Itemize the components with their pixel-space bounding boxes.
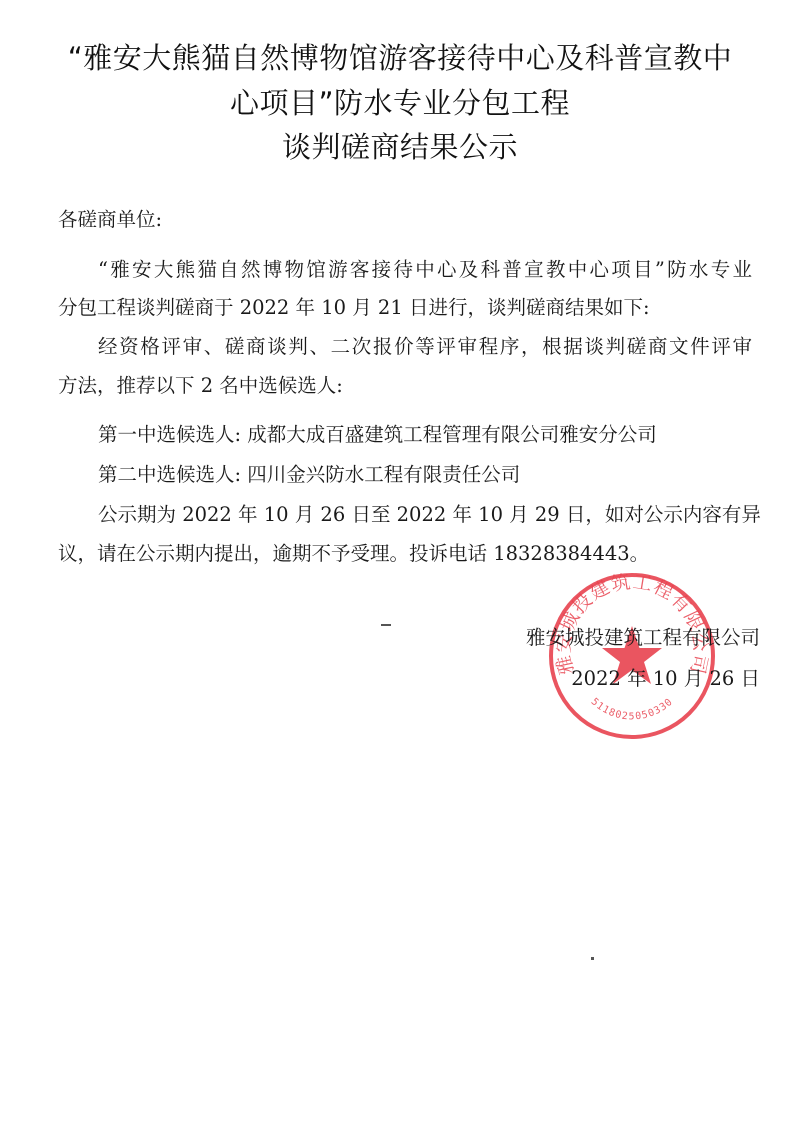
signature-date: 2022 年 10 月 26 日 xyxy=(571,667,760,691)
svg-text:5118025050330: 5118025050330 xyxy=(589,696,676,722)
paragraph-2-line-1: 经资格评审、磋商谈判、二次报价等评审程序，根据谈判磋商文件评审 xyxy=(98,335,752,359)
scan-speck xyxy=(381,624,391,626)
paragraph-1-line-2: 分包工程谈判磋商于 2022 年 10 月 21 日进行，谈判磋商结果如下: xyxy=(58,296,650,320)
seal-icon: 雅安城投建筑工程有限公司 5118025050330 xyxy=(546,570,718,742)
paragraph-3-line-1: 公示期为 2022 年 10 月 26 日至 2022 年 10 月 29 日，… xyxy=(98,503,752,527)
scan-speck xyxy=(591,957,594,960)
title-line-1: “雅安大熊猫自然博物馆游客接待中心及科普宣教中 xyxy=(0,36,800,80)
candidate-1: 第一中选候选人: 成都大成百盛建筑工程管理有限公司雅安分公司 xyxy=(98,423,657,447)
title-line-2: 心项目”防水专业分包工程 xyxy=(0,81,800,125)
paragraph-3-line-2: 议，请在公示期内提出，逾期不予受理。投诉电话 18328384443。 xyxy=(58,542,649,566)
company-seal-stamp: 雅安城投建筑工程有限公司 5118025050330 xyxy=(546,570,718,742)
title-line-3: 谈判磋商结果公示 xyxy=(0,125,800,169)
salutation: 各磋商单位: xyxy=(58,208,162,232)
paragraph-2-line-2: 方法，推荐以下 2 名中选候选人: xyxy=(58,374,343,398)
paragraph-1-line-1: “雅安大熊猫自然博物馆游客接待中心及科普宣教中心项目”防水专业 xyxy=(98,258,752,282)
svg-text:雅安城投建筑工程有限公司: 雅安城投建筑工程有限公司 xyxy=(552,571,711,677)
candidate-2: 第二中选候选人: 四川金兴防水工程有限责任公司 xyxy=(98,463,520,487)
signature-company: 雅安城投建筑工程有限公司 xyxy=(526,626,760,650)
